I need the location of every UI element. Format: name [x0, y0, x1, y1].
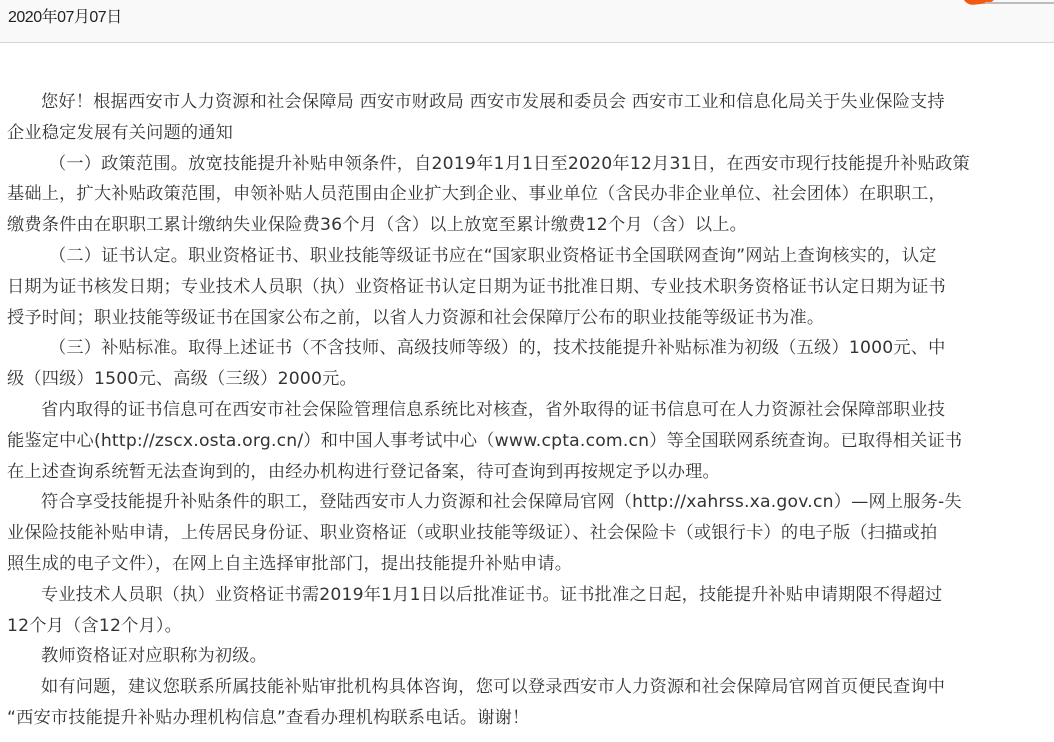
text-line: 企业稳定发展有关问题的通知 — [7, 118, 1047, 149]
paragraph-subsidy-standard: （三）补贴标准。取得上述证书（不含技师、高级技师等级）的，技术技能提升补贴标准为… — [7, 333, 1047, 395]
text-line: 在上述查询系统暂无法查询到的，由经办机构进行登记备案，待可查询到再按规定予以办理… — [7, 457, 1047, 488]
publish-date: 2020年07月07日 — [8, 6, 122, 30]
text-line: 日期为证书核发日期；专业技术人员职（执）业资格证书认定日期为证书批准日期、专业技… — [7, 272, 1047, 303]
corner-divider — [985, 2, 1054, 4]
paragraph-application-process: 符合享受技能提升补贴条件的职工，登陆西安市人力资源和社会保障局官网（http:/… — [7, 487, 1047, 579]
text-line: 符合享受技能提升补贴条件的职工，登陆西安市人力资源和社会保障局官网（http:/… — [7, 487, 1047, 518]
paragraph-certificate-query: 省内取得的证书信息可在西安市社会保险管理信息系统比对核查，省外取得的证书信息可在… — [7, 395, 1047, 487]
text-line: （三）补贴标准。取得上述证书（不含技师、高级技师等级）的，技术技能提升补贴标准为… — [7, 333, 1047, 364]
paragraph-certificate-recognition: （二）证书认定。职业资格证书、职业技能等级证书应在“国家职业资格证书全国联网查询… — [7, 241, 1047, 333]
header-bar: 2020年07月07日 — [0, 0, 1054, 43]
paragraph-professional-certificate: 专业技术人员职（执）业资格证书需2019年1月1日以后批准证书。证书批准之日起，… — [7, 580, 1047, 642]
paragraph-intro: 您好！根据西安市人力资源和社会保障局 西安市财政局 西安市发展和委员会 西安市工… — [7, 87, 1047, 149]
text-line: 省内取得的证书信息可在西安市社会保险管理信息系统比对核查，省外取得的证书信息可在… — [7, 395, 1047, 426]
text-line: （一）政策范围。放宽技能提升补贴申领条件，自2019年1月1日至2020年12月… — [7, 149, 1047, 180]
text-line: 专业技术人员职（执）业资格证书需2019年1月1日以后批准证书。证书批准之日起，… — [7, 580, 1047, 611]
text-line: 能鉴定中心(http://zscx.osta.org.cn/）和中国人事考试中心… — [7, 426, 1047, 457]
text-line: 您好！根据西安市人力资源和社会保障局 西安市财政局 西安市发展和委员会 西安市工… — [7, 87, 1047, 118]
text-line: 基础上，扩大补贴政策范围，申领补贴人员范围由企业扩大到企业、事业单位（含民办非企… — [7, 179, 1047, 210]
paragraph-contact: 如有问题，建议您联系所属技能补贴审批机构具体咨询，您可以登录西安市人力资源和社会… — [7, 672, 1047, 734]
text-line: 级（四级）1500元、高级（三级）2000元。 — [7, 364, 1047, 395]
text-line: 如有问题，建议您联系所属技能补贴审批机构具体咨询，您可以登录西安市人力资源和社会… — [7, 672, 1047, 703]
paragraph-teacher-certificate: 教师资格证对应职称为初级。 — [7, 641, 1047, 672]
text-line: 缴费条件由在职职工累计缴纳失业保险费36个月（含）以上放宽至累计缴费12个月（含… — [7, 210, 1047, 241]
text-line: 教师资格证对应职称为初级。 — [7, 641, 1047, 672]
paragraph-policy-scope: （一）政策范围。放宽技能提升补贴申领条件，自2019年1月1日至2020年12月… — [7, 149, 1047, 241]
text-line: 授予时间；职业技能等级证书在国家公布之前，以省人力资源和社会保障厅公布的职业技能… — [7, 303, 1047, 334]
text-line: 照生成的电子文件），在网上自主选择审批部门，提出技能提升补贴申请。 — [7, 549, 1047, 580]
text-line: （二）证书认定。职业资格证书、职业技能等级证书应在“国家职业资格证书全国联网查询… — [7, 241, 1047, 272]
article-body: 您好！根据西安市人力资源和社会保障局 西安市财政局 西安市发展和委员会 西安市工… — [7, 87, 1047, 734]
text-line: “西安市技能提升补贴办理机构信息”查看办理机构联系电话。谢谢！ — [7, 703, 1047, 734]
text-line: 12个月（含12个月）。 — [7, 611, 1047, 642]
text-line: 业保险技能补贴申请，上传居民身份证、职业资格证（或职业技能等级证）、社会保险卡（… — [7, 518, 1047, 549]
